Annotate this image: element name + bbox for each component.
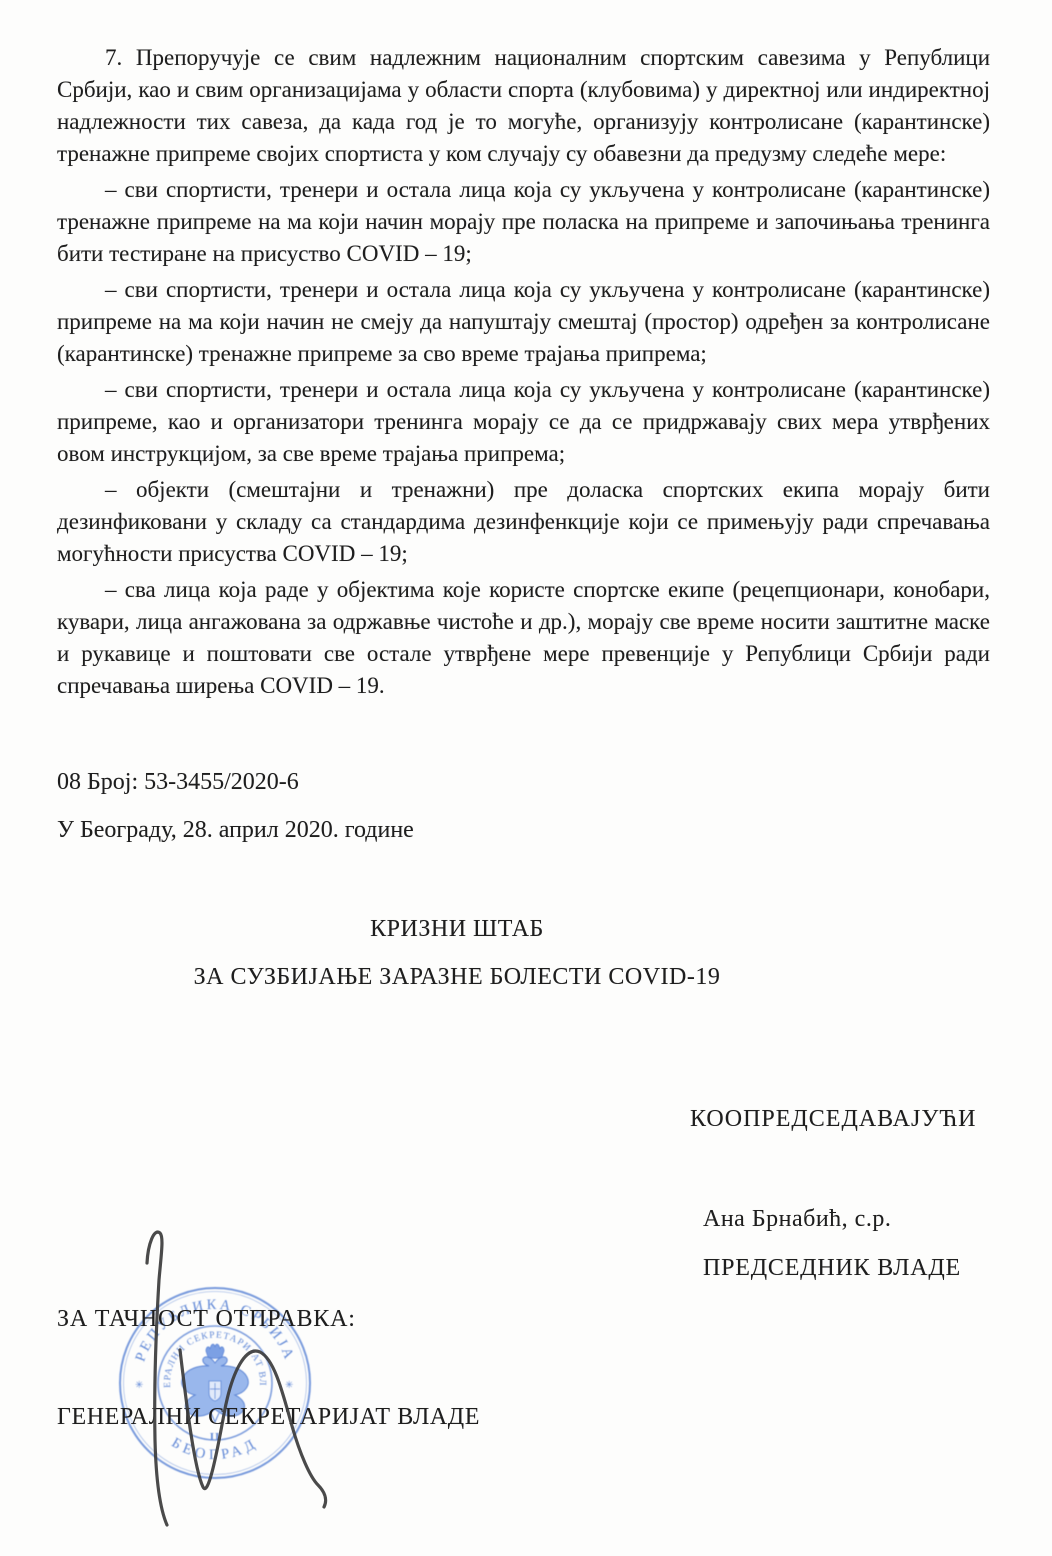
body-paragraph-bullet: – сва лица која раде у објектима које ко… xyxy=(57,574,990,702)
body-paragraph-bullet: – објекти (смештајни и тренажни) пре дол… xyxy=(57,474,990,570)
signature-stroke-loop xyxy=(180,1350,326,1507)
place-and-date: У Београду, 28. април 2020. године xyxy=(57,814,414,846)
document-body: 7. Препоручује се свим надлежним национа… xyxy=(57,42,990,706)
cochair-heading: КООПРЕДСЕДАВАЈУЋИ xyxy=(690,1106,976,1133)
body-paragraph: 7. Препоручује се свим надлежним национа… xyxy=(57,42,990,170)
handwritten-signature xyxy=(100,1218,340,1538)
document-page: 7. Препоручује се свим надлежним национа… xyxy=(0,0,1052,1556)
reference-block: 08 Број: 53-3455/2020-6 У Београду, 28. … xyxy=(57,766,414,846)
issuer-heading: КРИЗНИ ШТАБ ЗА СУЗБИЈАЊЕ ЗАРАЗНЕ БОЛЕСТИ… xyxy=(57,913,857,993)
signatory-name: Ана Брнабић, с.р. xyxy=(703,1206,891,1233)
document-number: 08 Број: 53-3455/2020-6 xyxy=(57,766,414,798)
body-paragraph-bullet: – сви спортисти, тренери и остала лица к… xyxy=(57,274,990,370)
issuer-name-line2: ЗА СУЗБИЈАЊЕ ЗАРАЗНЕ БОЛЕСТИ COVID-19 xyxy=(57,961,857,993)
body-paragraph-bullet: – сви спортисти, тренери и остала лица к… xyxy=(57,174,990,270)
signature-stroke-vertical xyxy=(147,1232,167,1525)
signatory-title: ПРЕДСЕДНИК ВЛАДЕ xyxy=(703,1255,961,1282)
body-paragraph-bullet: – сви спортисти, тренери и остала лица к… xyxy=(57,374,990,470)
issuer-name-line1: КРИЗНИ ШТАБ xyxy=(57,913,857,945)
